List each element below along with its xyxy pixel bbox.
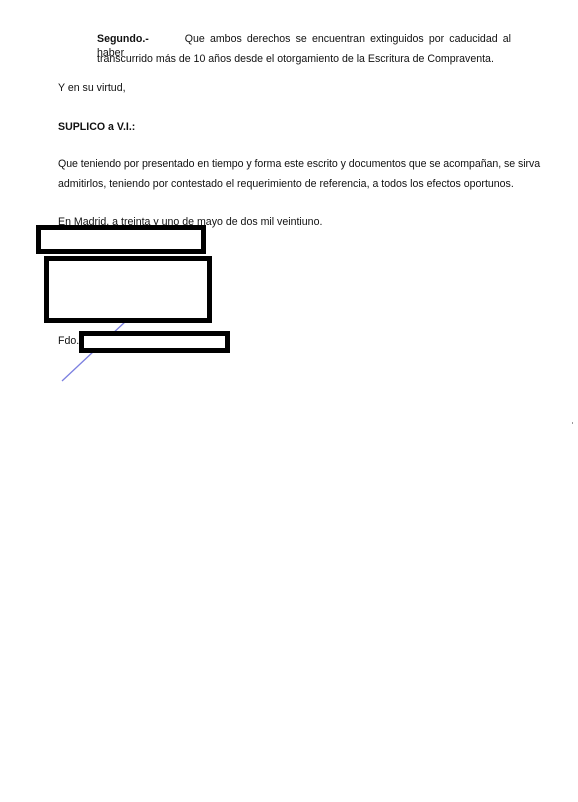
segundo-label: Segundo.-: [97, 33, 149, 45]
petition-line-1: Que teniendo por presentado en tiempo y …: [58, 157, 540, 171]
segundo-line-2: transcurrido más de 10 años desde el oto…: [97, 52, 494, 66]
redaction-box-1: [36, 225, 206, 254]
scan-artifact: [572, 422, 573, 424]
suplico-heading: SUPLICO a V.I.:: [58, 120, 135, 134]
petition-line-2: admitirlos, teniendo por contestado el r…: [58, 177, 514, 191]
redaction-box-2: [44, 256, 212, 323]
virtud-text: Y en su virtud,: [58, 81, 126, 95]
redaction-box-signature: [79, 331, 230, 353]
